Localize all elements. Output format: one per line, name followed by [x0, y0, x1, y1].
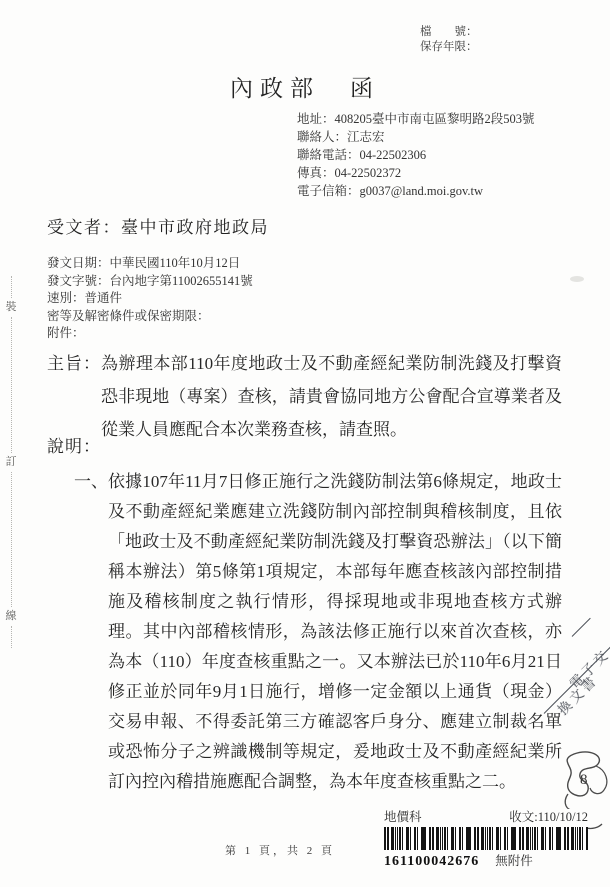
security-class: 密等及解密條件或保密期限： [47, 308, 253, 326]
subject-paragraph: 主旨： 為辦理本部110年度地政士及不動產經紀業防制洗錢及打擊資恐非現地（專案）… [47, 347, 562, 446]
issue-date: 發文日期：中華民國110年10月12日 [47, 255, 253, 273]
binding-dotted-line [11, 276, 12, 298]
document-title: 內政部 函 [0, 70, 610, 103]
received-date: 收文:110/10/12 [509, 809, 588, 826]
barcode [384, 827, 588, 850]
explanation-label: 說明： [47, 432, 101, 457]
sender-address: 地址：408205臺中市南屯區黎明路2段503號 [297, 110, 545, 128]
scanned-official-letter: 檔 號： 保存年限： 內政部 函 地址：408205臺中市南屯區黎明路2段503… [0, 0, 610, 887]
explanation-item-1: 一、 依據107年11月7日修正施行之洗錢防制法第6條規定，地政士及不動產經紀業… [74, 467, 562, 797]
binding-dotted-line [11, 472, 12, 608]
receipt-stamp-block: 地價科 收文:110/10/12 161100042676 無附件 [384, 809, 588, 870]
sender-fax: 傳真：04-22502372 [297, 164, 545, 182]
attachment-note: 無附件 [495, 851, 533, 869]
speed-class: 速別：普通件 [47, 290, 253, 308]
binding-margin-rail: 裝 訂 線 [2, 276, 20, 648]
sender-phone: 聯絡電話：04-22502306 [297, 146, 545, 164]
recipient-line: 受文者：臺中市政府地政局 [47, 213, 269, 238]
sender-contact: 聯絡人：江志宏 [297, 128, 545, 146]
subject-text: 為辦理本部110年度地政士及不動產經紀業防制洗錢及打擊資恐非現地（專案）查核，請… [101, 347, 562, 446]
binding-mark-zhuang: 裝 [6, 298, 17, 317]
item1-number: 一、 [74, 467, 108, 797]
binding-dotted-line [11, 626, 12, 648]
sender-email: 電子信箱：g0037@land.moi.gov.tw [297, 182, 545, 200]
receiving-unit: 地價科 [384, 809, 422, 826]
page-number: 第 1 頁，共 2 頁 [225, 842, 335, 858]
file-no-label: 檔 號： [420, 25, 478, 40]
scan-smudge [570, 276, 584, 282]
retention-label: 保存年限： [420, 40, 478, 55]
attachment-label: 附件： [47, 325, 253, 343]
doc-number: 發文字號：台內地字第11002655141號 [47, 273, 253, 291]
sender-info-block: 地址：408205臺中市南屯區黎明路2段503號 聯絡人：江志宏 聯絡電話：04… [297, 110, 545, 200]
item1-text: 依據107年11月7日修正施行之洗錢防制法第6條規定，地政士及不動產經紀業應建立… [108, 467, 562, 797]
handwritten-number: 8 [580, 772, 588, 788]
binding-dotted-line [11, 317, 12, 453]
stamp-border-line [572, 618, 591, 637]
file-retention-block: 檔 號： 保存年限： [420, 25, 478, 55]
binding-mark-ding: 訂 [6, 453, 17, 472]
stamp-text-line1: 電子交 [564, 643, 610, 692]
binding-mark-xian: 線 [6, 607, 17, 626]
barcode-number: 161100042676 [384, 854, 479, 870]
document-meta-block: 發文日期：中華民國110年10月12日 發文字號：台內地字第1100265514… [47, 255, 253, 343]
